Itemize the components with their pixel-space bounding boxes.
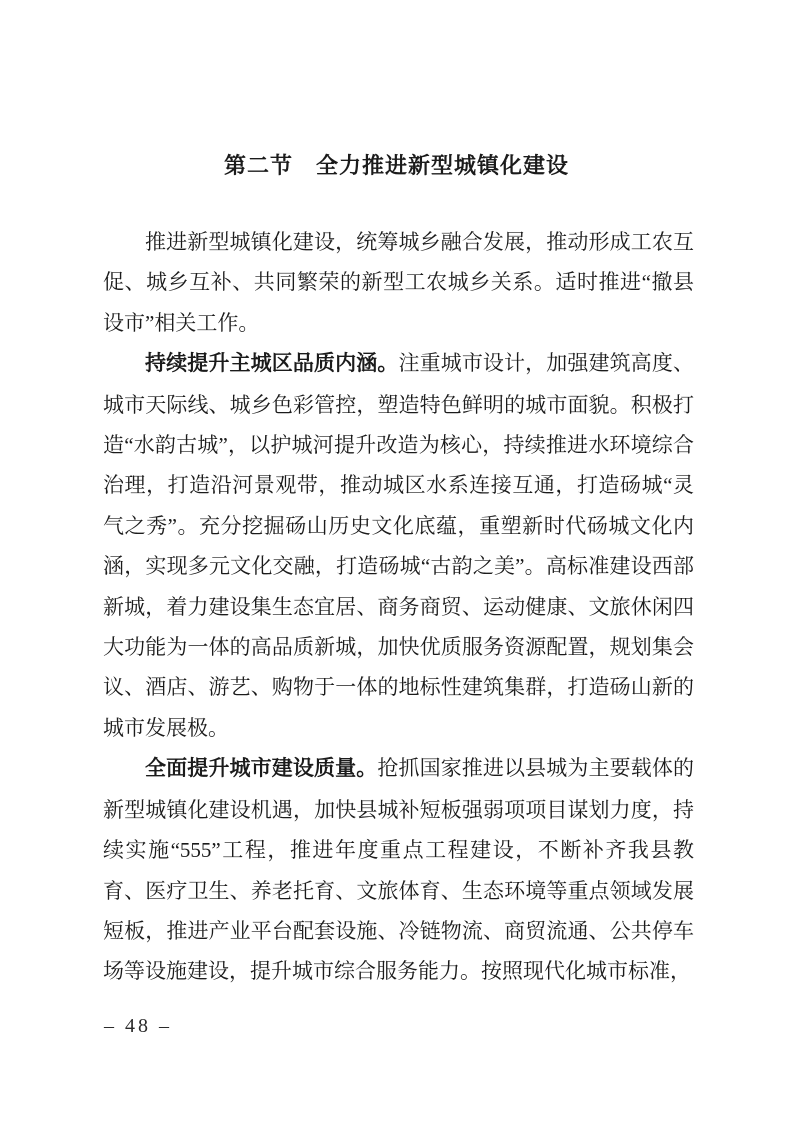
paragraph-main-city-quality: 持续提升主城区品质内涵。注重城市设计，加强建筑高度、城市天际线、城乡色彩管控，塑… (103, 343, 694, 748)
paragraph-text: 推进新型城镇化建设，统筹城乡融合发展，推动形成工农互促、城乡互补、共同繁荣的新型… (103, 230, 694, 335)
paragraph-construction-quality: 全面提升城市建设质量。抢抓国家推进以县城为主要载体的新型城镇化建设机遇，加快县城… (103, 748, 694, 991)
document-page: 第二节 全力推进新型城镇化建设 推进新型城镇化建设，统筹城乡融合发展，推动形成工… (0, 0, 793, 1122)
page-number: – 48 – (104, 1015, 172, 1038)
document-body: 推进新型城镇化建设，统筹城乡融合发展，推动形成工农互促、城乡互补、共同繁荣的新型… (103, 222, 694, 992)
paragraph-text: 注重城市设计，加强建筑高度、城市天际线、城乡色彩管控，塑造特色鲜明的城市面貌。积… (103, 351, 694, 740)
paragraph-text: 抢抓国家推进以县城为主要载体的新型城镇化建设机遇，加快县城补短板强弱项项目谋划力… (103, 756, 694, 983)
paragraph-lead: 持续提升主城区品质内涵。 (145, 352, 398, 375)
paragraph-intro: 推进新型城镇化建设，统筹城乡融合发展，推动形成工农互促、城乡互补、共同繁荣的新型… (103, 222, 694, 343)
section-title: 第二节 全力推进新型城镇化建设 (0, 150, 793, 182)
paragraph-lead: 全面提升城市建设质量。 (145, 757, 377, 780)
